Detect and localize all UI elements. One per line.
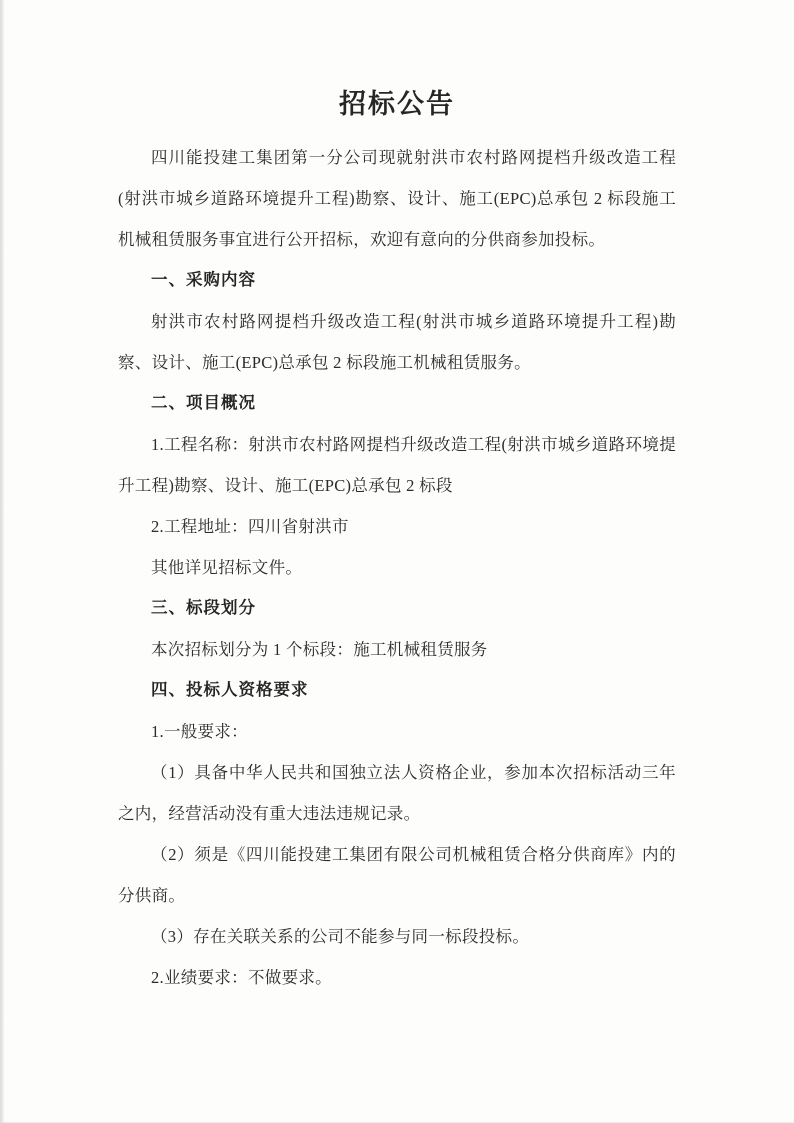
section-heading: 四、投标人资格要求 [118,670,676,711]
document-content: 招标公告 四川能投建工集团第一分公司现就射洪市农村路网提档升级改造工程(射洪市城… [0,82,794,998]
paragraph: （1）具备中华人民共和国独立法人资格企业，参加本次招标活动三年之内，经营活动没有… [118,752,676,834]
paragraph: 2.工程地址：四川省射洪市 [118,506,676,547]
paragraph: 射洪市农村路网提档升级改造工程(射洪市城乡道路环境提升工程)勘察、设计、施工(E… [118,301,676,383]
paragraph: 1.一般要求： [118,711,676,752]
paragraph: 1.工程名称：射洪市农村路网提档升级改造工程(射洪市城乡道路环境提升工程)勘察、… [118,424,676,506]
document-title: 招标公告 [118,82,676,121]
paragraph: 2.业绩要求：不做要求。 [118,957,676,998]
paragraph: （3）存在关联关系的公司不能参与同一标段投标。 [118,916,676,957]
paragraph: 其他详见招标文件。 [118,547,676,588]
paragraph: 本次招标划分为 1 个标段：施工机械租赁服务 [118,629,676,670]
document-page: 招标公告 四川能投建工集团第一分公司现就射洪市农村路网提档升级改造工程(射洪市城… [0,0,794,1123]
document-body: 四川能投建工集团第一分公司现就射洪市农村路网提档升级改造工程(射洪市城乡道路环境… [118,137,676,998]
section-heading: 一、采购内容 [118,260,676,301]
section-heading: 三、标段划分 [118,588,676,629]
paragraph: 四川能投建工集团第一分公司现就射洪市农村路网提档升级改造工程(射洪市城乡道路环境… [118,137,676,260]
paragraph: （2）须是《四川能投建工集团有限公司机械租赁合格分供商库》内的分供商。 [118,834,676,916]
section-heading: 二、项目概况 [118,383,676,424]
